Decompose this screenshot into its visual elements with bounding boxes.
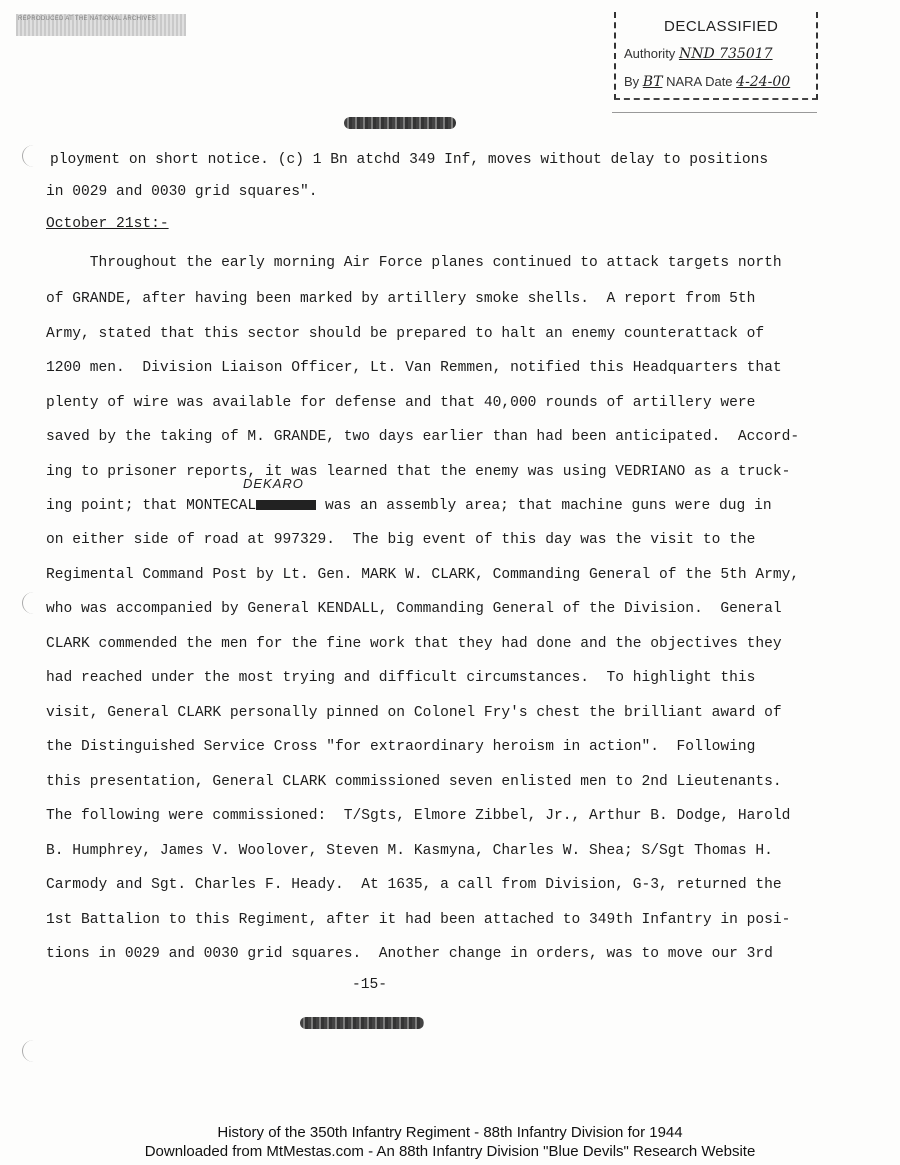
- redaction-block: [256, 500, 316, 510]
- declassified-title: DECLASSIFIED: [664, 18, 778, 35]
- text-line: ployment on short notice. (c) 1 Bn atchd…: [50, 152, 768, 168]
- by-value: BT: [643, 74, 663, 90]
- text-line: ing point; that MONTECAL was an assembly…: [46, 498, 772, 514]
- footer-title: History of the 350th Infantry Regiment -…: [0, 1124, 900, 1141]
- redaction-mark-top: [344, 117, 456, 129]
- text-line: plenty of wire was available for defense…: [46, 395, 755, 411]
- text-line: on either side of road at 997329. The bi…: [46, 532, 755, 548]
- text-line: who was accompanied by General KENDALL, …: [46, 601, 782, 617]
- declassified-stamp: DECLASSIFIED Authority NND 735017 By BT …: [614, 12, 818, 100]
- redaction-mark-bottom: [300, 1017, 424, 1029]
- section-heading-date: October 21st:-: [46, 216, 169, 232]
- text-line: B. Humphrey, James V. Woolover, Steven M…: [46, 843, 773, 859]
- binder-hole-mark: [22, 145, 45, 167]
- footer-source: Downloaded from MtMestas.com - An 88th I…: [0, 1143, 900, 1160]
- reproduction-stamp: REPRODUCED AT THE NATIONAL ARCHIVES: [16, 14, 186, 36]
- binder-hole-mark: [22, 1040, 45, 1062]
- text-line: visit, General CLARK personally pinned o…: [46, 705, 782, 721]
- text-line: 1st Battalion to this Regiment, after it…: [46, 912, 790, 928]
- text-line: The following were commissioned: T/Sgts,…: [46, 808, 790, 824]
- text-line: saved by the taking of M. GRANDE, two da…: [46, 429, 799, 445]
- text-line: Throughout the early morning Air Force p…: [46, 255, 782, 271]
- document-page: REPRODUCED AT THE NATIONAL ARCHIVES DECL…: [0, 0, 900, 1165]
- text-line: this presentation, General CLARK commiss…: [46, 774, 782, 790]
- text-line: in 0029 and 0030 grid squares".: [46, 184, 318, 200]
- by-date-row: By BT NARA Date 4-24-00: [624, 74, 790, 90]
- text-line: Regimental Command Post by Lt. Gen. MARK…: [46, 567, 799, 583]
- text-line: Carmody and Sgt. Charles F. Heady. At 16…: [46, 877, 782, 893]
- binder-hole-mark: [22, 592, 45, 614]
- text-line: Army, stated that this sector should be …: [46, 326, 764, 342]
- text-line: the Distinguished Service Cross "for ext…: [46, 739, 755, 755]
- text-line: CLARK commended the men for the fine wor…: [46, 636, 782, 652]
- text-line: had reached under the most trying and di…: [46, 670, 755, 686]
- text-line: ing to prisoner reports, it was learned …: [46, 464, 790, 480]
- nara-date-value: 4-24-00: [736, 74, 790, 90]
- authority-row: Authority NND 735017: [624, 46, 773, 62]
- text-line: of GRANDE, after having been marked by a…: [46, 291, 755, 307]
- text-line: 1200 men. Division Liaison Officer, Lt. …: [46, 360, 782, 376]
- page-number: -15-: [352, 977, 387, 993]
- stamp-rule: [612, 112, 817, 113]
- handwritten-annotation: DEKARO: [243, 476, 304, 491]
- authority-value: NND 735017: [679, 46, 773, 62]
- text-line: tions in 0029 and 0030 grid squares. Ano…: [46, 946, 773, 962]
